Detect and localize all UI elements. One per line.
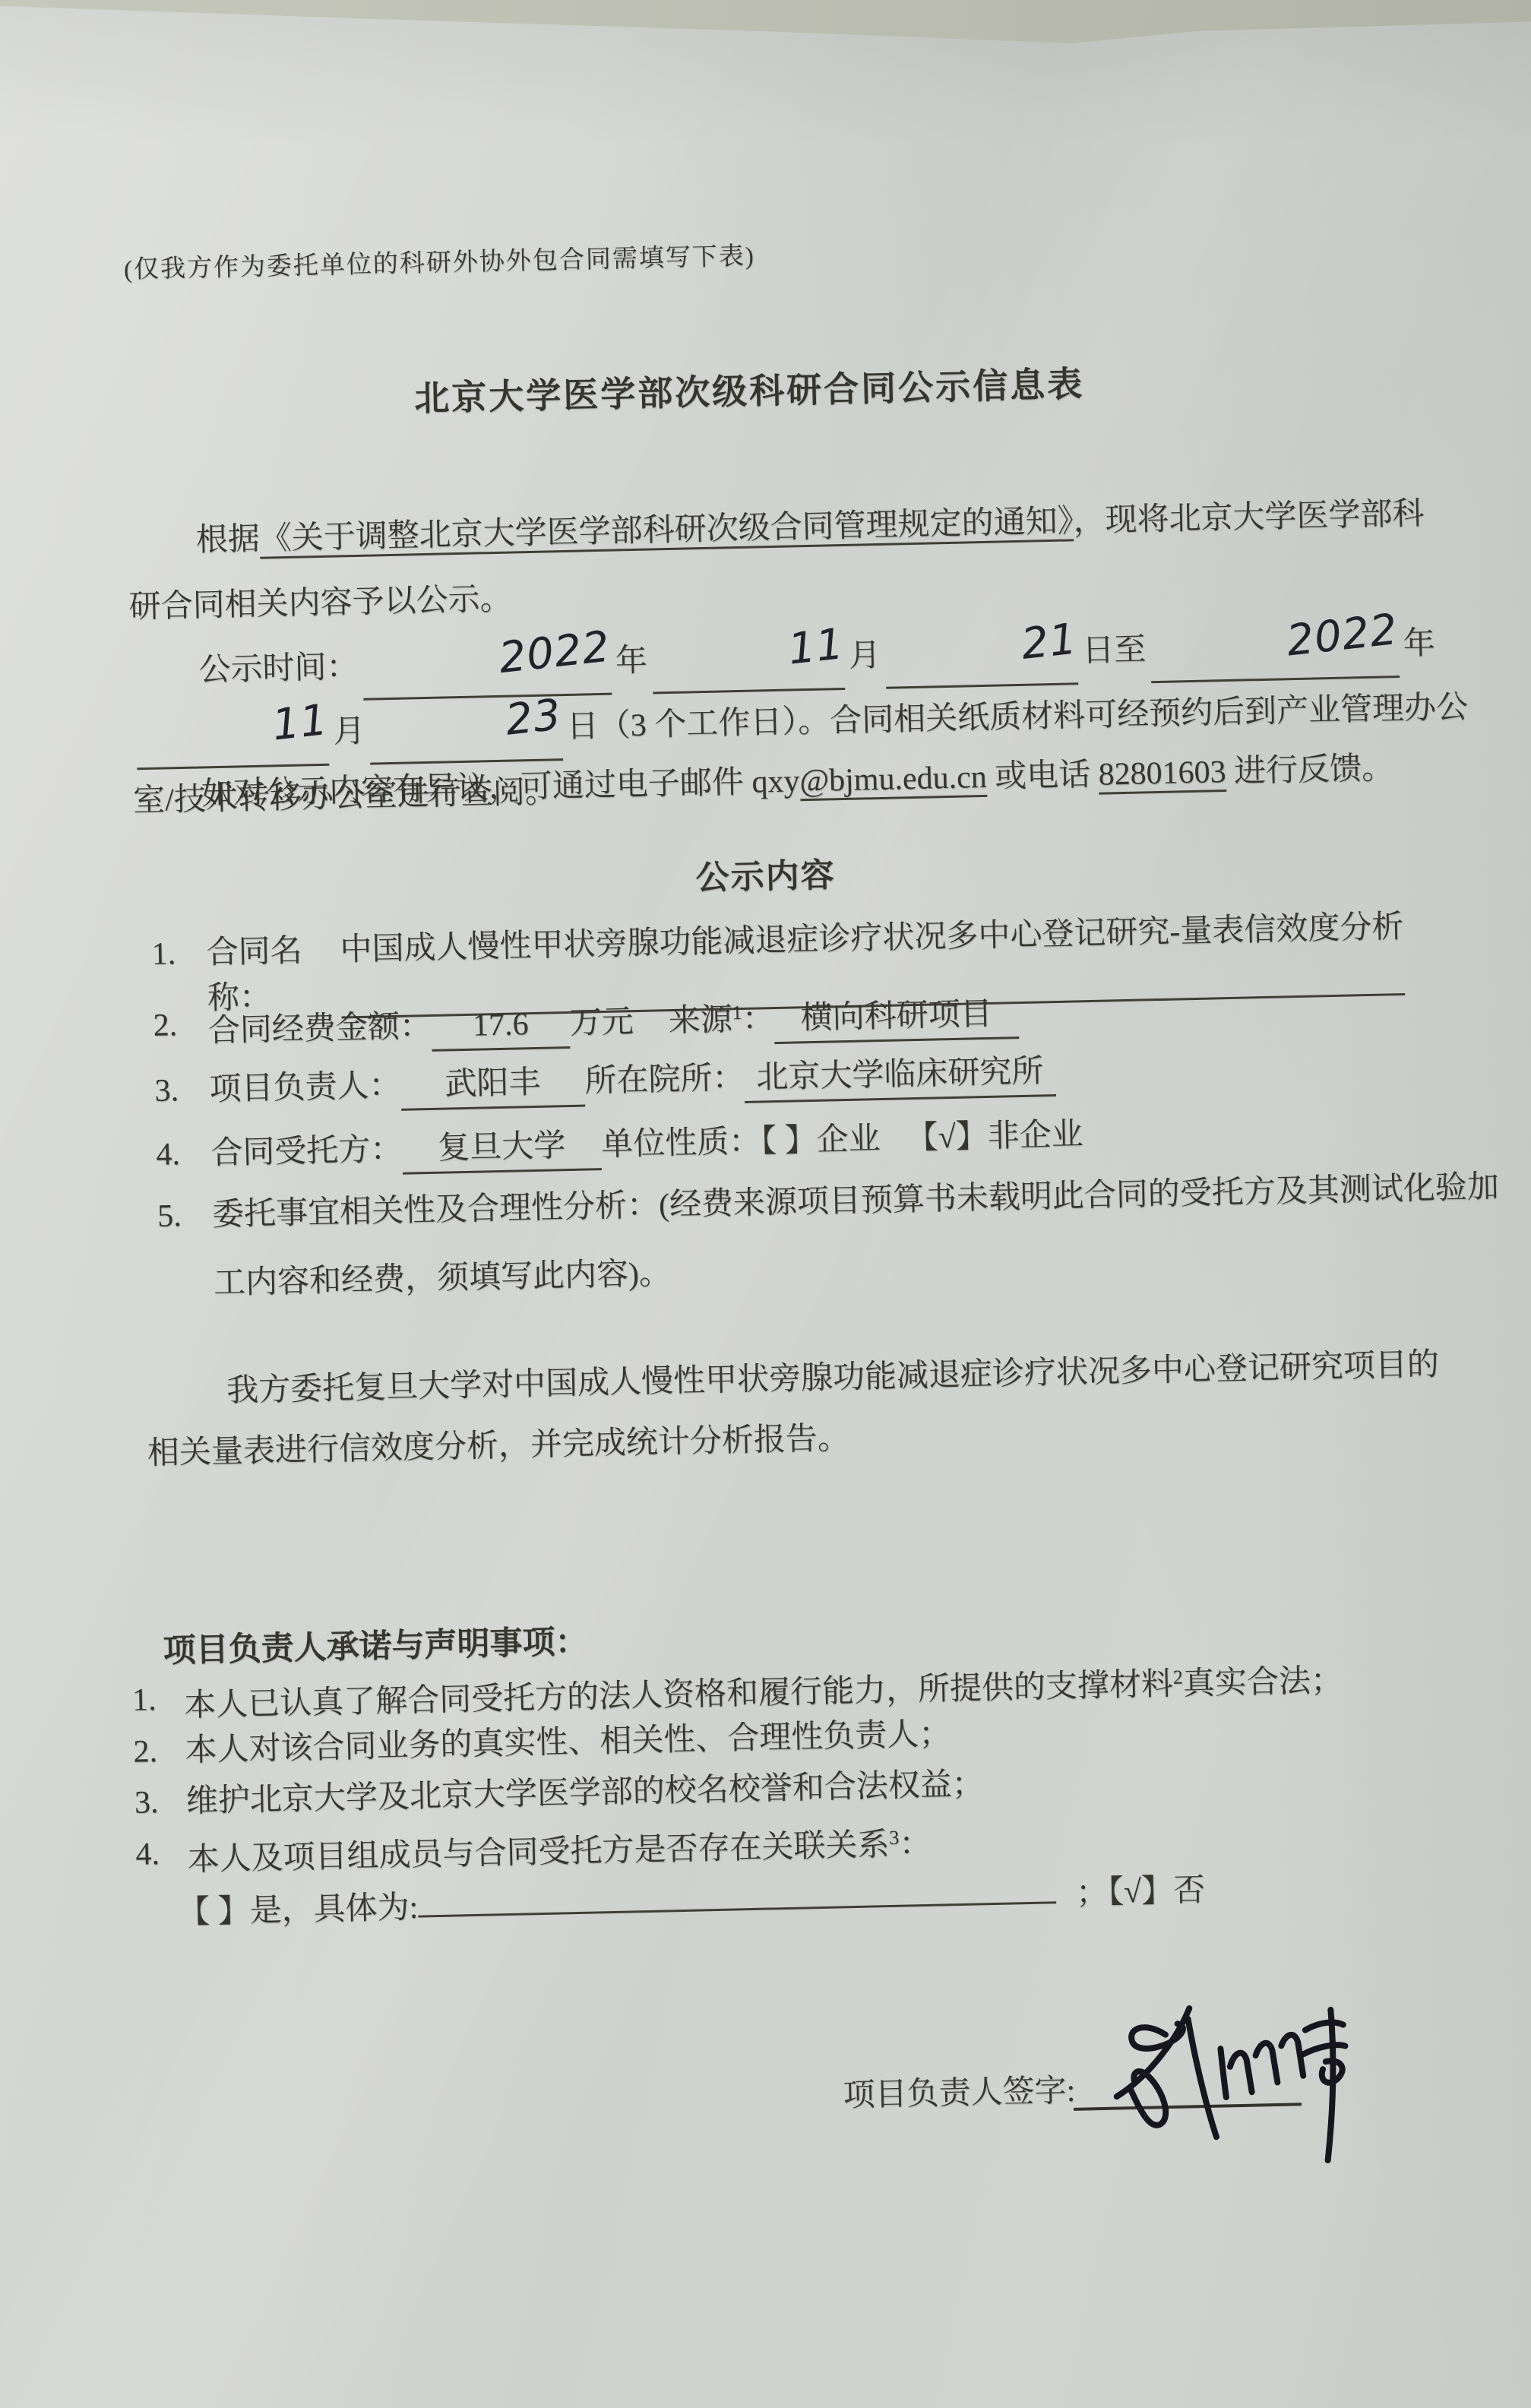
signature-stroke-arch-3 [1255, 2043, 1277, 2083]
enterprise-checkbox: 【 】企业 [761, 1122, 881, 1159]
to-word: 至 [1114, 632, 1147, 668]
feedback-suffix: 进行反馈。 [1226, 751, 1393, 789]
start-year-field: 2022 [362, 631, 612, 701]
entrust-paragraph: 我方委托复旦大学对中国成人慢性甲状旁腺功能减退症诊疗状况多中心登记研究项目的相关… [145, 1334, 1447, 1484]
declaration-heading: 项目负责人承诺与声明事项： [163, 1619, 588, 1674]
relation-no-option: 【√】否 [1108, 1873, 1206, 1910]
decl-4-text: 本人及项目组成员与合同受托方是否存在关联关系 [187, 1827, 890, 1878]
intro-prefix: 根据 [195, 522, 260, 558]
signature-label: 项目负责人签字: [843, 2068, 1076, 2119]
signature-stroke-arch-1 [1220, 2049, 1226, 2097]
form-title: 北京大学医学部次级科研合同公示信息表 [0, 352, 1515, 431]
signature-handwriting [1098, 1989, 1352, 2173]
day-unit: 日 [1082, 633, 1115, 669]
paper-sheet: (仅我方作为委托单位的科研外协外包合同需填写下表) 北京大学医学部次级科研合同公… [0, 0, 1531, 2408]
start-year-handwriting: 2022 [429, 632, 611, 682]
trustee-value: 复旦大学 [402, 1122, 602, 1175]
relation-yes-option: 【 】是，具体为: [178, 1891, 419, 1931]
item-5-number: 5. [157, 1182, 182, 1251]
phone-number: 82801603 [1098, 755, 1226, 795]
item-2-number: 2. [153, 1002, 178, 1049]
document-photo: (仅我方作为委托单位的科研外协外包合同需填写下表) 北京大学医学部次级科研合同公… [0, 0, 1531, 2408]
funding-unit: 万元 [569, 1005, 634, 1041]
non-enterprise-checkbox: 【√】非企业 [906, 1117, 1083, 1156]
decl-2-number: 2. [133, 1729, 158, 1775]
content-heading: 公示内容 [134, 840, 1397, 913]
day-unit-2: 日 [566, 709, 599, 745]
item-4-number: 4. [156, 1131, 181, 1178]
decl-4-footnote-mark: 3 [889, 1827, 900, 1849]
start-day-handwriting: 21 [952, 624, 1079, 668]
decl-1-post: 真实合法； [1182, 1663, 1343, 1702]
month-unit-2: 月 [333, 714, 365, 750]
signature-stroke-bar-2 [1302, 2045, 1345, 2055]
feedback-middle: 或电话 [986, 758, 1099, 795]
signature-stroke-arch-2 [1230, 2052, 1252, 2092]
publicity-time-label: 公示时间： [198, 650, 359, 688]
end-day-handwriting: 23 [436, 700, 563, 744]
regulation-doc-title: 《关于调整北京大学医学部科研次级合同管理规定的通知》 [259, 504, 1074, 558]
decl-3-number: 3. [134, 1780, 159, 1826]
content-item-analysis: 5.委托事宜相关性及合理性分析：(经费来源项目预算书未载明此合同的受托方及其测试… [157, 1153, 1504, 1319]
leader-label: 项目负责人： [209, 1068, 401, 1107]
item-3-number: 3. [154, 1068, 179, 1114]
analysis-text: 委托事宜相关性及合理性分析：(经费来源项目预算书未载明此合同的受托方及其测试化验… [212, 1169, 1500, 1301]
start-day-field: 21 [884, 620, 1078, 689]
feedback-prefix: 如对公示内容有异议，可通过电子邮件 [201, 765, 752, 812]
decl-4-number: 4. [135, 1831, 160, 1878]
source-label: 来源 [668, 1002, 732, 1039]
decl-1-footnote-mark: 2 [1172, 1666, 1183, 1688]
signature-stroke-slash [1188, 2018, 1216, 2137]
form-note: (仅我方作为委托单位的科研外协外包合同需填写下表) [123, 233, 755, 293]
institute-label: 所在院所： [584, 1061, 745, 1100]
trustee-label: 合同受托方： [210, 1132, 403, 1171]
source-colon: ： [742, 1001, 774, 1037]
email-domain: @bjmu.edu.cn [799, 760, 987, 801]
decl-4-post: ： [899, 1827, 932, 1862]
end-year-handwriting: 2022 [1217, 615, 1399, 665]
email-user: qxy [751, 764, 800, 799]
end-month-handwriting: 11 [203, 705, 330, 749]
relation-separator: ； [1076, 1875, 1109, 1911]
document-content: (仅我方作为委托单位的科研外协外包合同需填写下表) 北京大学医学部次级科研合同公… [0, 0, 1531, 2408]
decl-1-number: 1. [131, 1677, 157, 1723]
leader-name-value: 武阳丰 [400, 1059, 585, 1111]
decl-3-text: 维护北京大学及北京大学医学部的校名校誉和合法权益； [186, 1767, 985, 1819]
month-unit: 月 [849, 638, 881, 674]
item-1-number: 1. [151, 931, 176, 977]
funding-amount-value: 17.6 [431, 1001, 570, 1052]
start-month-handwriting: 11 [719, 629, 846, 673]
institute-value: 北京大学临床研究所 [744, 1049, 1056, 1103]
funding-source-value: 横向科研项目 [773, 991, 1019, 1044]
end-year-field: 2022 [1150, 613, 1399, 683]
signature-stroke-loop [1130, 2071, 1166, 2125]
start-month-field: 11 [651, 625, 845, 695]
funding-label: 合同经费金额： [207, 1009, 432, 1049]
year-unit: 年 [615, 644, 647, 679]
source-footnote-mark: 1 [732, 1001, 742, 1024]
org-type-label: 单位性质： [601, 1125, 761, 1163]
year-unit-2: 年 [1403, 626, 1435, 662]
signature-stroke-bar-1 [1305, 2022, 1343, 2030]
